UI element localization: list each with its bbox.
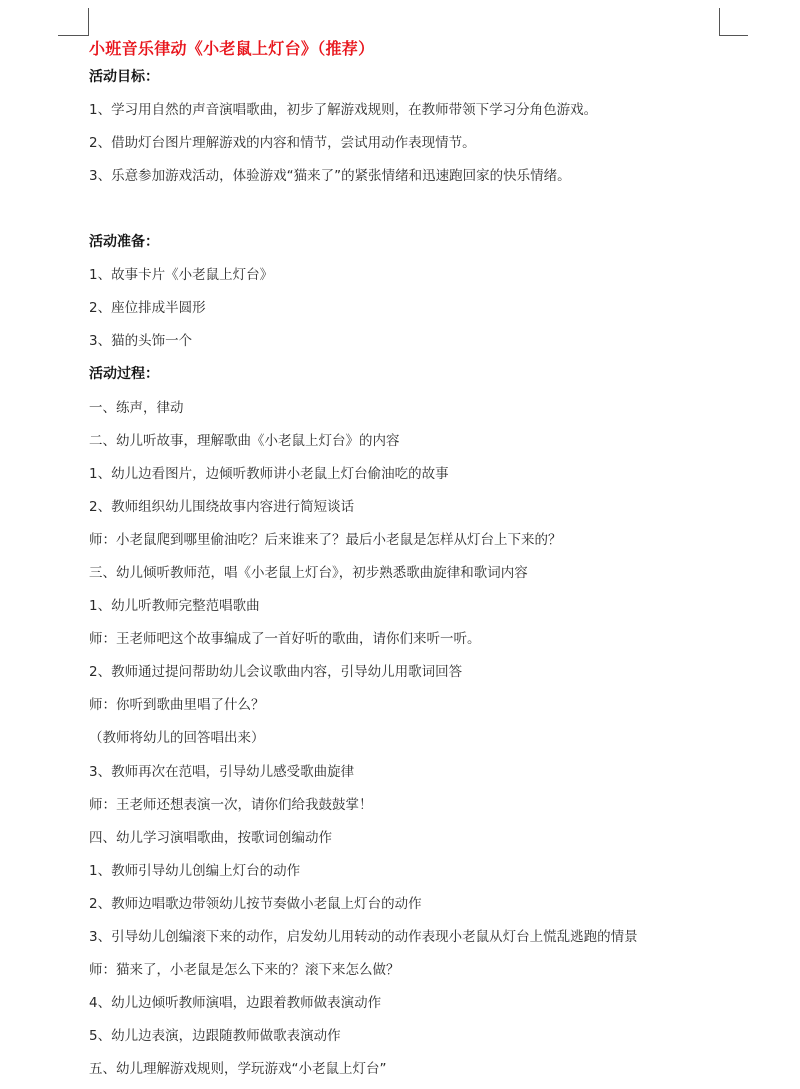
section-heading-process: 活动过程： (89, 364, 159, 384)
goal-item: 1、学习用自然的声音演唱歌曲，初步了解游戏规则，在教师带领下学习分角色游戏。 (89, 100, 597, 120)
document-title: 小班音乐律动《小老鼠上灯台》（推荐） (89, 36, 374, 62)
goal-item: 3、乐意参加游戏活动，体验游戏“猫来了”的紧张情绪和迅速跑回家的快乐情绪。 (89, 166, 571, 186)
process-item: 一、练声，律动 (89, 398, 184, 418)
section-heading-preparation: 活动准备： (89, 232, 159, 252)
process-item: 2、教师组织幼儿围绕故事内容进行简短谈话 (89, 497, 354, 517)
process-item: 五、幼儿理解游戏规则，学玩游戏“小老鼠上灯台” (89, 1059, 387, 1079)
process-item: 2、教师边唱歌边带领幼儿按节奏做小老鼠上灯台的动作 (89, 894, 422, 914)
process-item: 师：王老师还想表演一次，请你们给我鼓鼓掌！ (89, 795, 373, 815)
page-corner-mark-top-left (58, 8, 89, 36)
page-corner-mark-top-right (719, 8, 748, 36)
section-heading-goals: 活动目标： (89, 67, 159, 87)
preparation-item: 1、故事卡片《小老鼠上灯台》 (89, 265, 273, 285)
preparation-item: 2、座位排成半圆形 (89, 298, 206, 318)
process-item: 四、幼儿学习演唱歌曲，按歌词创编动作 (89, 828, 332, 848)
process-item: 3、教师再次在范唱，引导幼儿感受歌曲旋律 (89, 762, 354, 782)
process-item: 师：你听到歌曲里唱了什么？ (89, 695, 265, 715)
process-item: 1、幼儿听教师完整范唱歌曲 (89, 596, 260, 616)
process-item: 5、幼儿边表演，边跟随教师做歌表演动作 (89, 1026, 341, 1046)
process-item: 师：小老鼠爬到哪里偷油吃？后来谁来了？最后小老鼠是怎样从灯台上下来的？ (89, 530, 562, 550)
process-item: 三、幼儿倾听教师范，唱《小老鼠上灯台》，初步熟悉歌曲旋律和歌词内容 (89, 563, 528, 583)
preparation-item: 3、猫的头饰一个 (89, 331, 192, 351)
process-item: 1、幼儿边看图片，边倾听教师讲小老鼠上灯台偷油吃的故事 (89, 464, 449, 484)
process-item: 4、幼儿边倾听教师演唱，边跟着教师做表演动作 (89, 993, 381, 1013)
process-item: 1、教师引导幼儿创编上灯台的动作 (89, 861, 300, 881)
goal-item: 2、借助灯台图片理解游戏的内容和情节，尝试用动作表现情节。 (89, 133, 476, 153)
process-item: 二、幼儿听故事，理解歌曲《小老鼠上灯台》的内容 (89, 431, 400, 451)
process-item: 3、引导幼儿创编滚下来的动作，启发幼儿用转动的动作表现小老鼠从灯台上慌乱逃跑的情… (89, 927, 638, 947)
process-item: 师：王老师吧这个故事编成了一首好听的歌曲，请你们来听一听。 (89, 629, 481, 649)
process-item: （教师将幼儿的回答唱出来） (89, 728, 265, 748)
process-item: 师：猫来了，小老鼠是怎么下来的？滚下来怎么做？ (89, 960, 400, 980)
process-item: 2、教师通过提问帮助幼儿会议歌曲内容，引导幼儿用歌词回答 (89, 662, 462, 682)
